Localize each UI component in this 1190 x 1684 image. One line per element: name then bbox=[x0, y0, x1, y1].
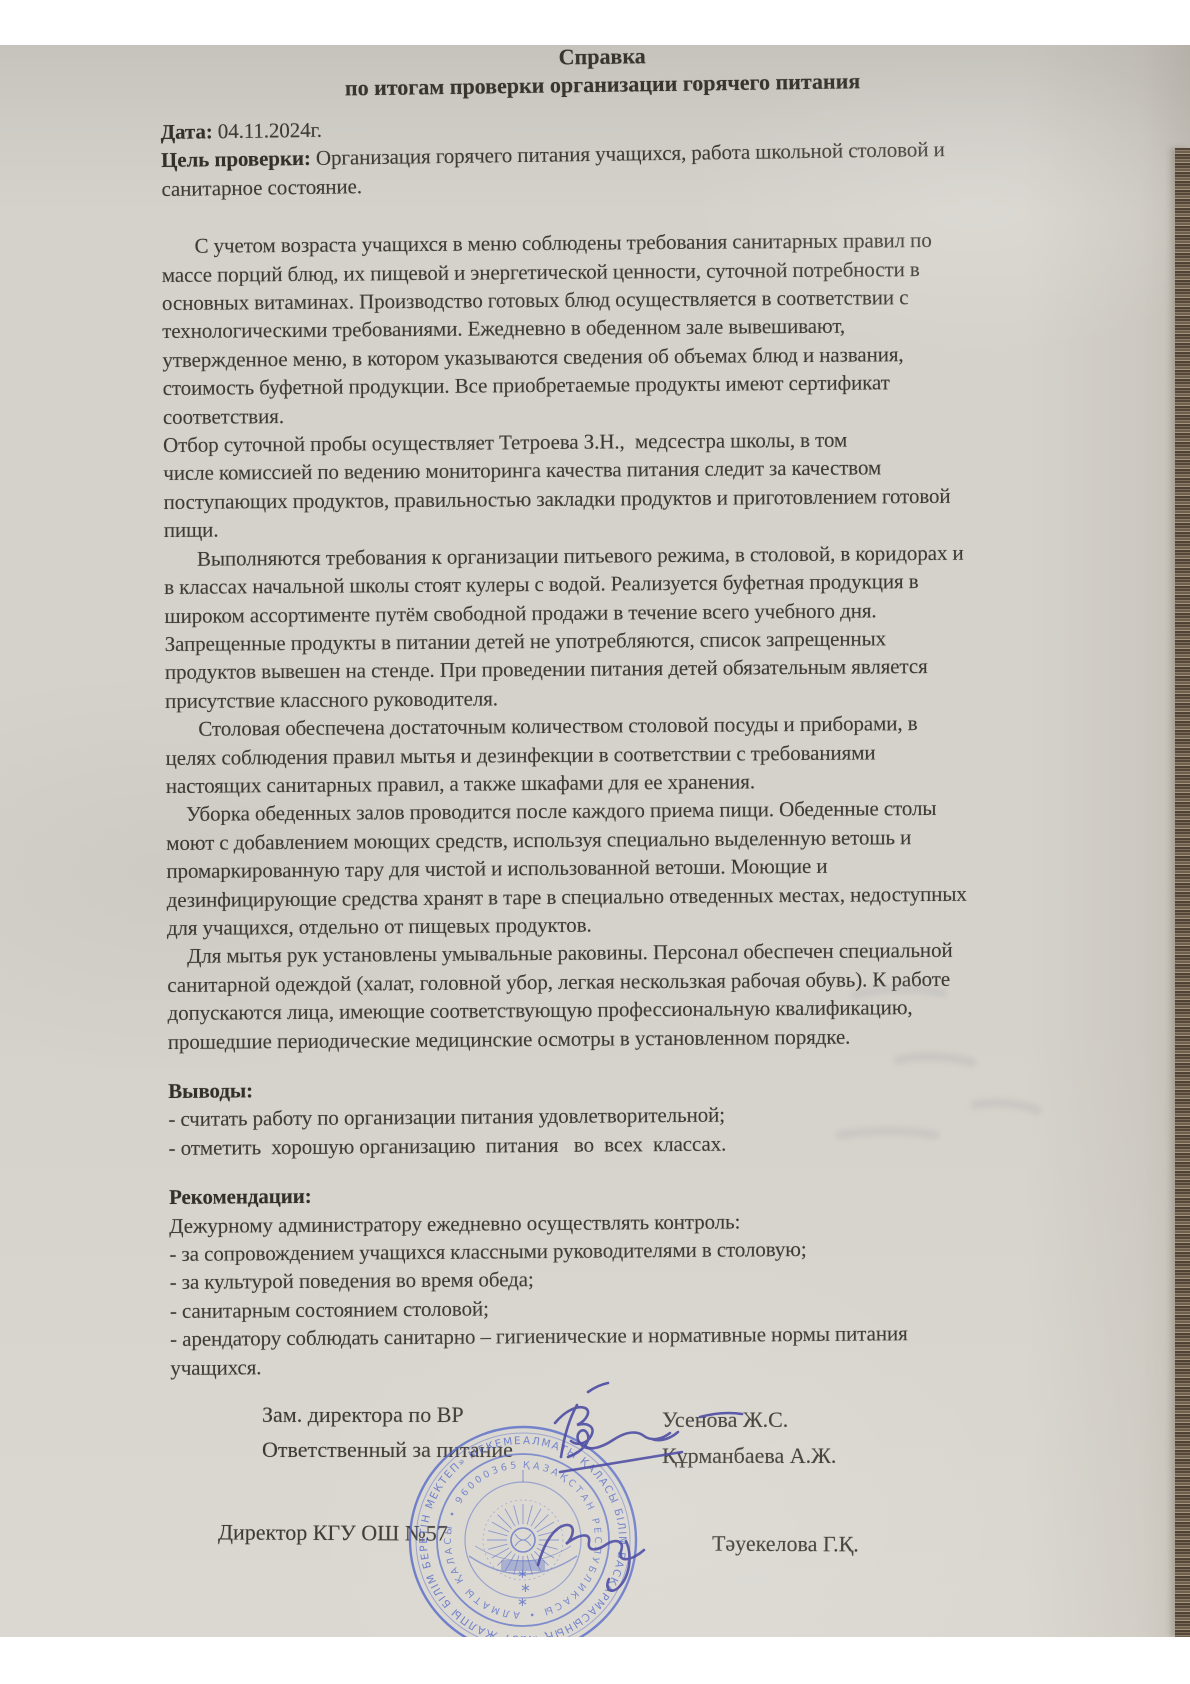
document-content: Справка по итогам проверки организации г… bbox=[160, 45, 1055, 1382]
date-value: 04.11.2024г. bbox=[212, 118, 321, 144]
signature-name-usenova: Усенова Ж.С. bbox=[662, 1407, 788, 1433]
signature-name-tauekelova: Тәуекелова Г.Қ. bbox=[712, 1531, 859, 1558]
text-line: прошедшие периодические медицинские осмо… bbox=[168, 1021, 1053, 1056]
stamp-star: ∗ bbox=[517, 1595, 528, 1610]
signature-name-kurmanbaeva: Құрманбаева А.Ж. bbox=[662, 1443, 836, 1469]
photo-canvas: Справка по итогам проверки организации г… bbox=[0, 0, 1190, 1684]
stacked-pages-edge bbox=[1175, 148, 1190, 1637]
body-lines: С учетом возраста учащихся в меню соблюд… bbox=[161, 225, 1055, 1382]
document-photo: Справка по итогам проверки организации г… bbox=[0, 45, 1190, 1637]
emblem-wings bbox=[469, 1556, 577, 1574]
signature-label-food-responsible: Ответственный за питание bbox=[262, 1437, 513, 1463]
purpose-label: Цель проверки: bbox=[161, 146, 311, 172]
doc-header: Справка по итогам проверки организации г… bbox=[160, 45, 1047, 203]
emblem-banner bbox=[501, 1560, 545, 1571]
emblem-rays bbox=[487, 1504, 559, 1576]
signature-label-deputy-director: Зам. директора по ВР bbox=[262, 1402, 464, 1428]
stamp-star: ∗ bbox=[520, 1581, 531, 1596]
signature-label-director: Директор КГУ ОШ №57 bbox=[218, 1519, 448, 1546]
stamp-star: ∗ bbox=[517, 1567, 528, 1582]
date-label: Дата: bbox=[161, 119, 213, 144]
text-line: - отметить хорошую организацию питания в… bbox=[169, 1127, 1054, 1162]
